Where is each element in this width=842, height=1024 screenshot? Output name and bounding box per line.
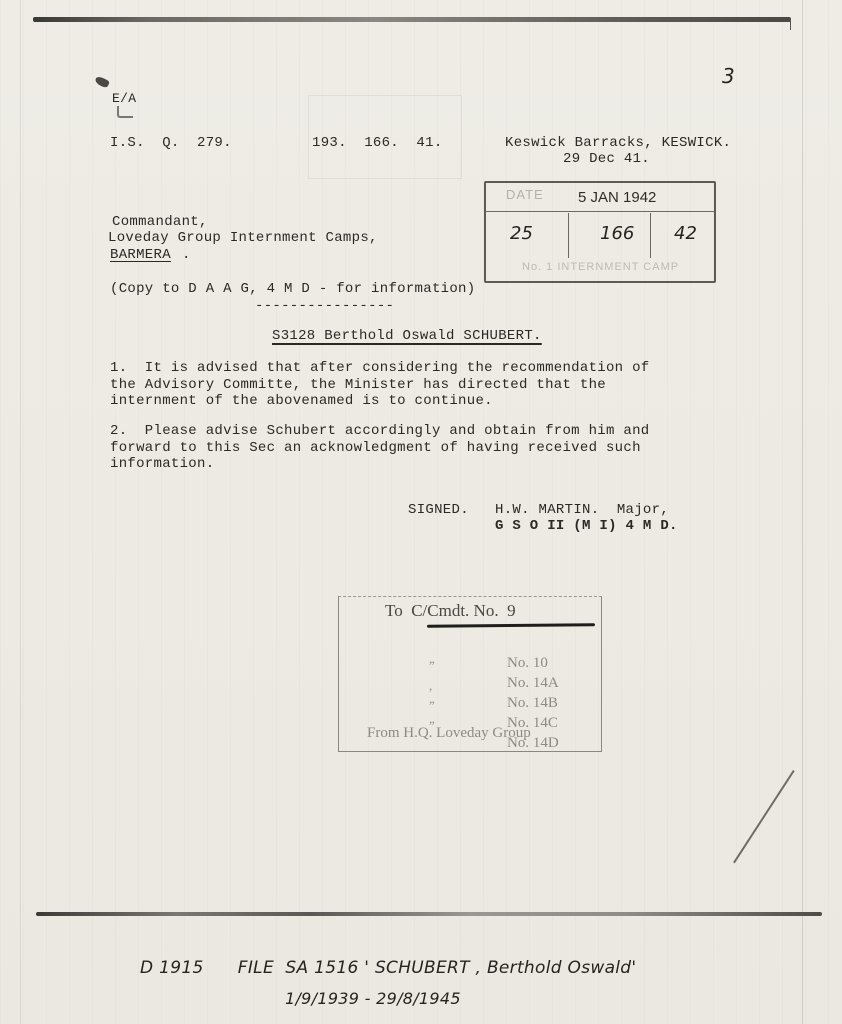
recipient-line: Loveday Group Internment Camps, — [108, 230, 378, 247]
separator-line: ---------------- — [255, 298, 394, 315]
page-number: 3 — [722, 68, 735, 85]
subject-line: S3128 Berthold Oswald SCHUBERT. — [272, 328, 542, 345]
stamp-cell: 42 — [674, 223, 697, 244]
archive-date-range: 1/9/1939 - 29/8/1945 — [285, 990, 461, 1007]
handwritten-tick — [117, 106, 133, 118]
stamp-date: 5 JAN 1942 — [578, 189, 656, 206]
page-edge-right — [802, 0, 803, 1024]
stamp-label: DATE — [506, 187, 544, 202]
signature-title: G S O II (M I) 4 M D. — [495, 518, 678, 535]
stamp-divider — [650, 213, 651, 258]
sender-address: Keswick Barracks, KESWICK. — [505, 135, 731, 152]
stamp-divider — [486, 211, 714, 212]
file-mark: E/A — [112, 90, 136, 107]
ink-mark — [94, 75, 110, 88]
top-rule-tick — [790, 18, 791, 30]
stamp-cell: 25 — [510, 223, 533, 244]
copy-to-line: (Copy to D A A G, 4 M D - for informatio… — [110, 281, 475, 298]
bottom-rule — [36, 912, 822, 916]
distribution-from: From H.Q. Loveday Group — [367, 725, 531, 742]
page-edge-left — [20, 0, 21, 1024]
recipient-line: Commandant, — [112, 214, 208, 231]
stamp-cell: 166 — [600, 223, 634, 244]
stamp-footer: No. 1 INTERNMENT CAMP — [522, 261, 679, 273]
archive-file-reference: D 1915 FILE SA 1516 ' SCHUBERT , Berthol… — [140, 960, 636, 977]
stamp-divider — [568, 213, 569, 258]
letter-date: 29 Dec 41. — [563, 151, 650, 168]
reference-number: I.S. Q. 279. — [110, 135, 232, 152]
recipient-town-suffix: . — [182, 247, 191, 264]
paragraph-2: 2. Please advise Schubert accordingly an… — [110, 423, 649, 473]
paragraph-1: 1. It is advised that after considering … — [110, 360, 649, 410]
received-stamp: DATE 5 JAN 1942 25 166 42 No. 1 INTERNME… — [484, 181, 716, 283]
distribution-stamp: To C/Cmdt. No. 9 No. 10 ” No. 14A , No. … — [338, 596, 602, 752]
distribution-heading: To C/Cmdt. No. 9 — [385, 601, 516, 621]
recipient-town-name: BARMERA — [110, 247, 171, 263]
document-page: E/A 3 I.S. Q. 279. 193. 166. 41. Keswick… — [0, 0, 842, 1024]
signature-line: SIGNED. H.W. MARTIN. Major, — [408, 502, 669, 519]
top-rule — [33, 17, 791, 22]
pencil-stroke — [733, 770, 795, 863]
file-reference: 193. 166. 41. — [312, 135, 443, 152]
recipient-town: BARMERA — [110, 247, 171, 264]
